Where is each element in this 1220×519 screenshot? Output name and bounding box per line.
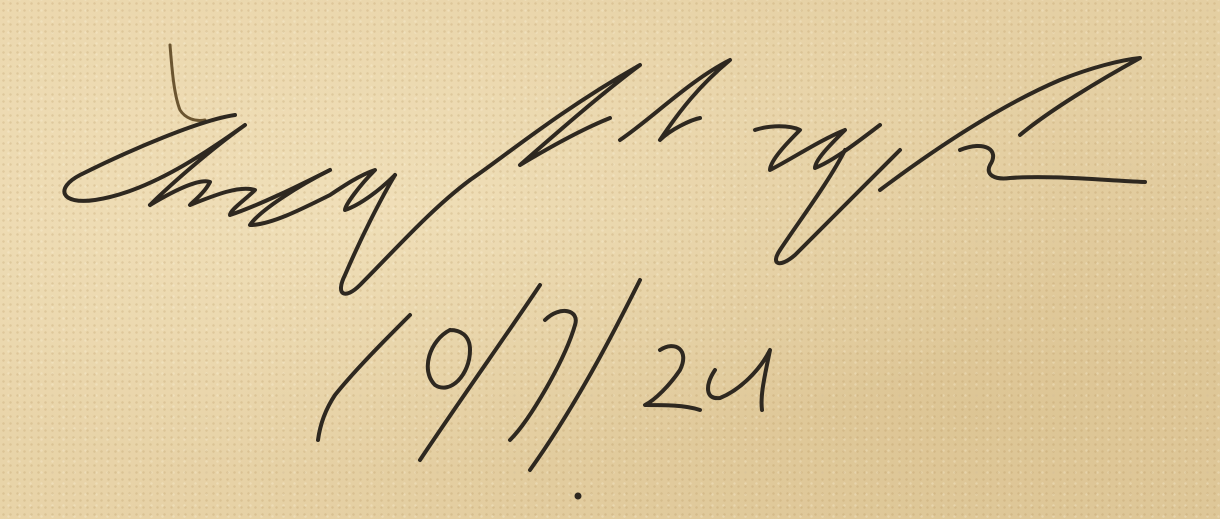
paper-background: 10/17/24 [0,0,1220,519]
signature-strokes [64,45,1145,470]
signature-ink [0,0,1220,519]
